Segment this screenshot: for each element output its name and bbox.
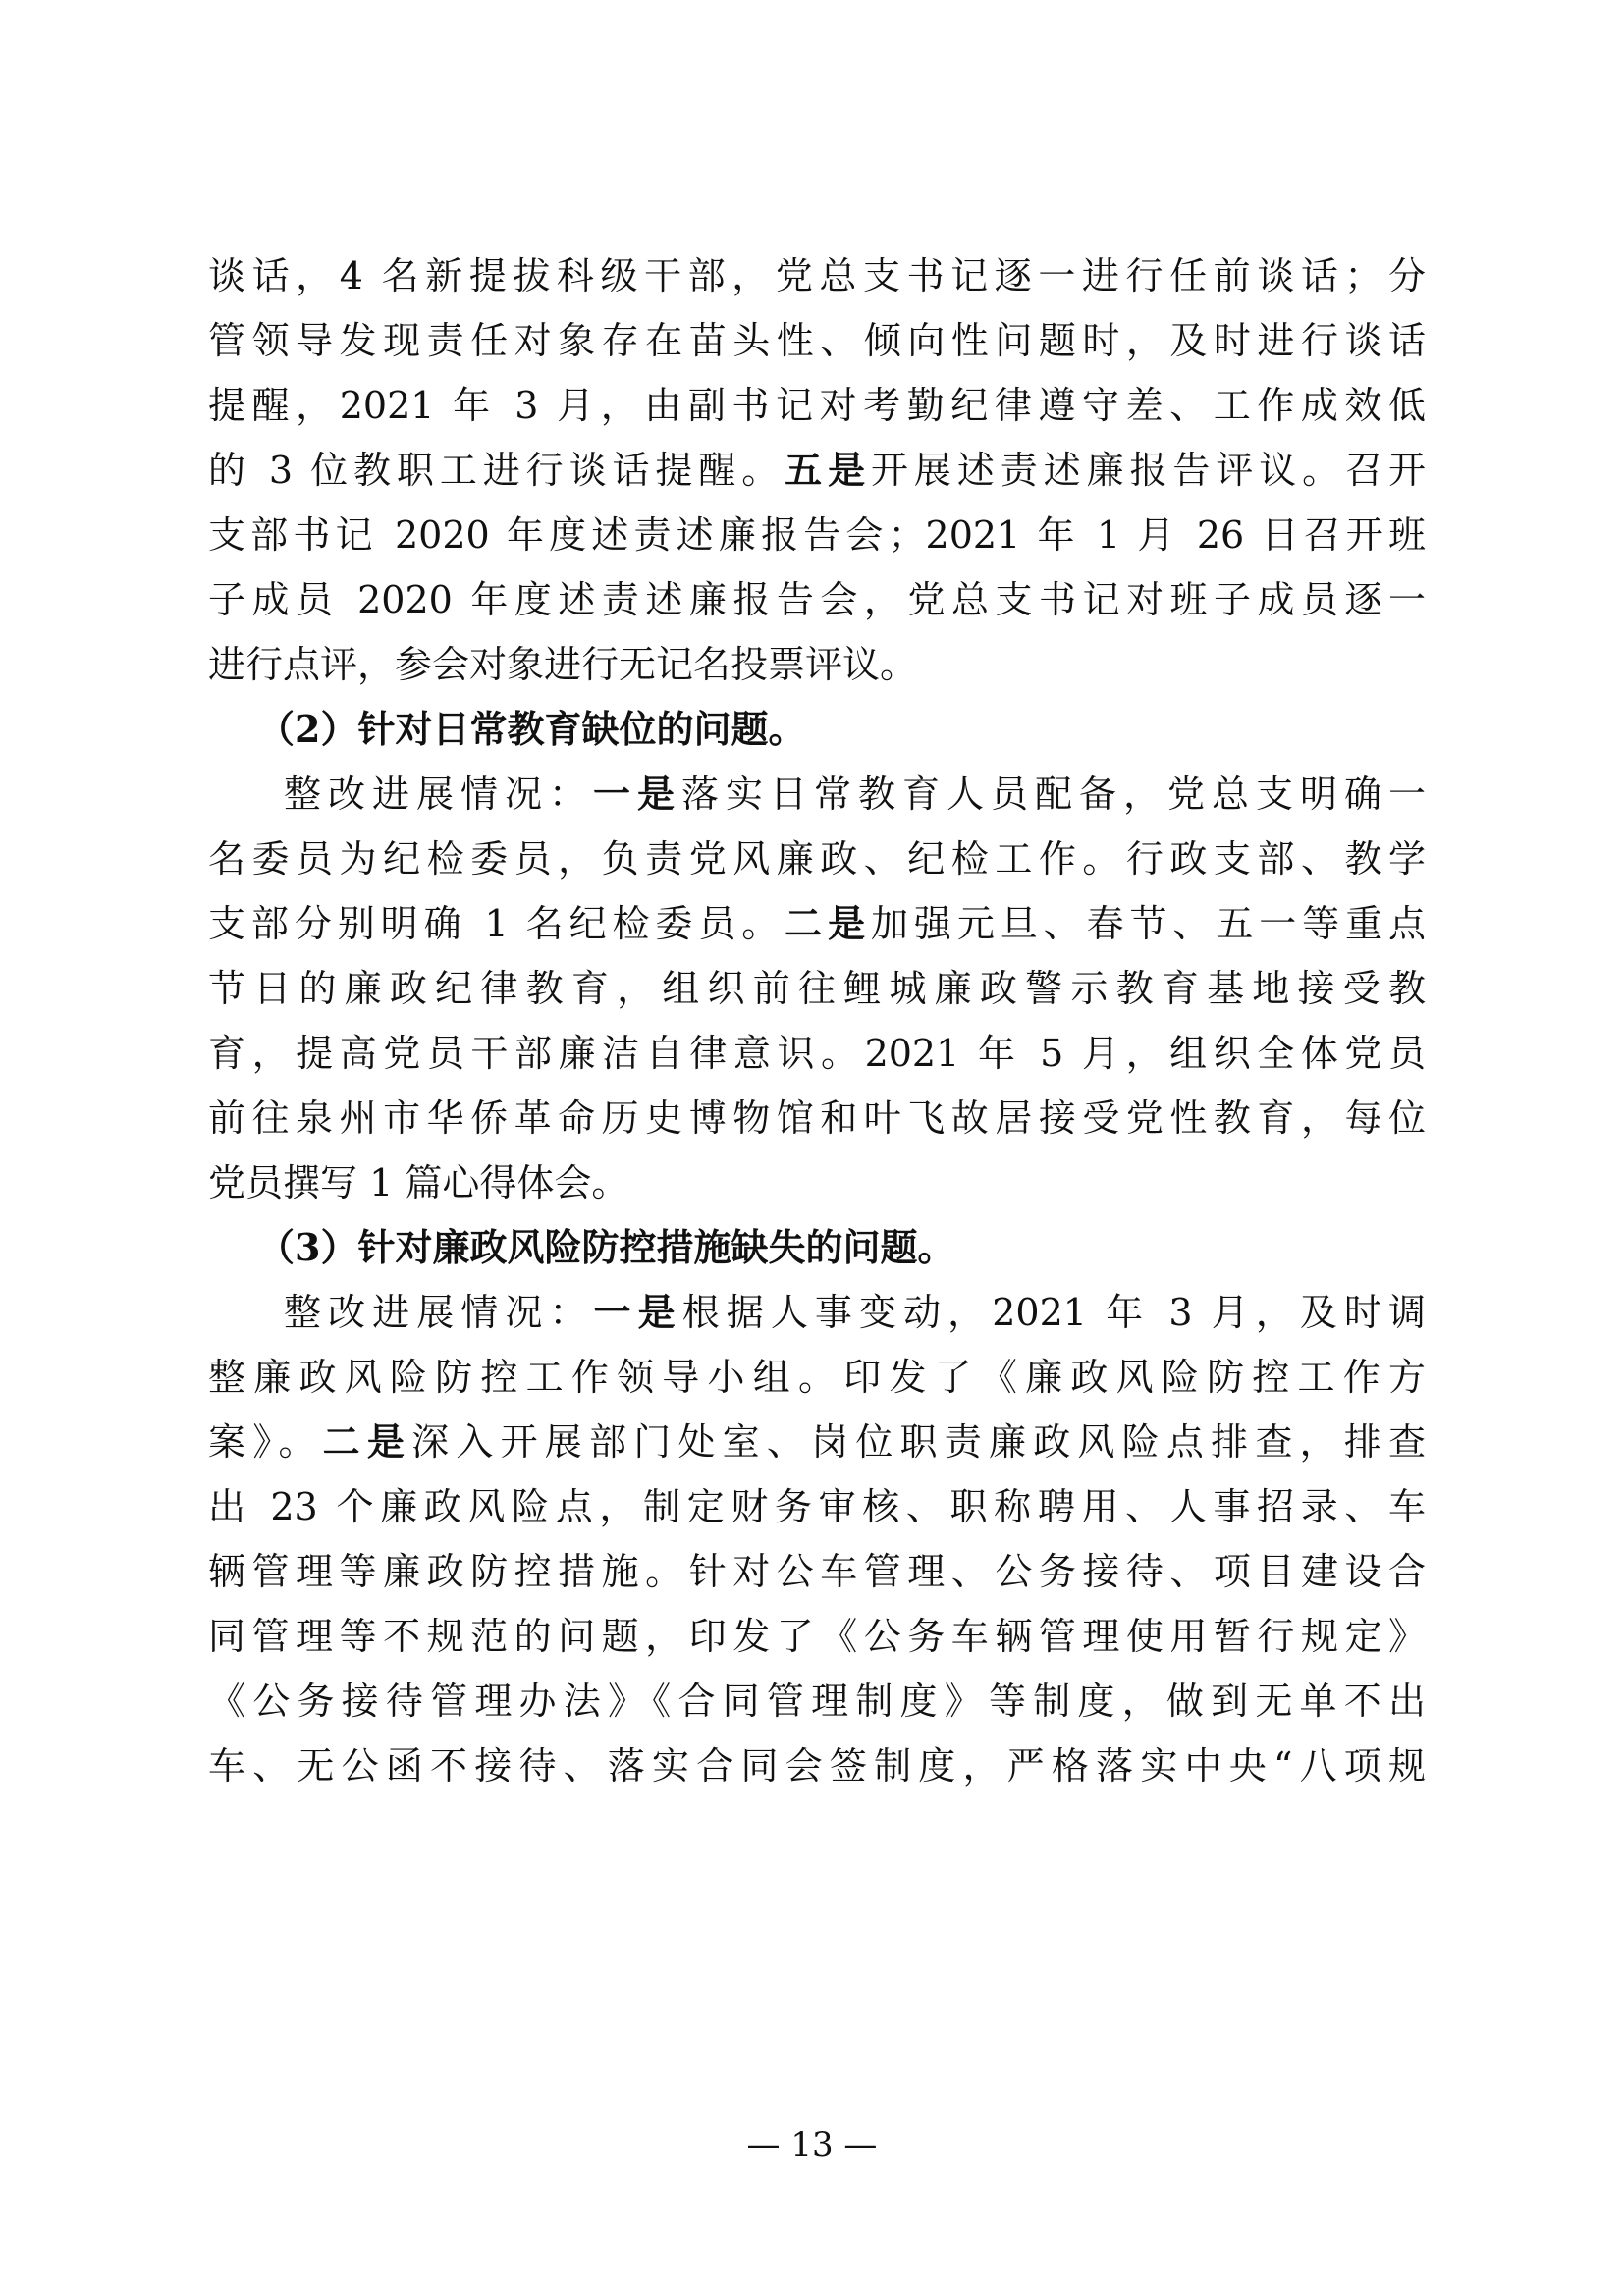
text-segment: （2）针对日常教育缺位的问题。 (257, 707, 805, 751)
text-line: 支部书记 2020 年度述责述廉报告会；2021 年 1 月 26 日召开班 (208, 503, 1426, 567)
text-line: 育，提高党员干部廉洁自律意识。2021 年 5 月，组织全体党员 (208, 1021, 1426, 1086)
text-segment: 落实日常教育人员配备，党总支明确一 (681, 773, 1426, 816)
emphasis-text: 一是 (594, 1290, 682, 1334)
text-segment: 节日的廉政纪律教育，组织前往鲤城廉政警示教育基地接受教 (208, 967, 1426, 1010)
text-line: 提醒，2021 年 3 月，由副书记对考勤纪律遵守差、工作成效低 (208, 373, 1426, 438)
text-line: 支部分别明确 1 名纪检委员。二是加强元旦、春节、五一等重点 (208, 891, 1426, 956)
text-segment: 名委员为纪检委员，负责党风廉政、纪检工作。行政支部、教学 (208, 837, 1426, 881)
text-segment: 整改进展情况： (284, 1291, 594, 1334)
text-line: 同管理等不规范的问题，印发了《公务车辆管理使用暂行规定》 (208, 1604, 1426, 1669)
text-segment: 子成员 2020 年度述责述廉报告会，党总支书记对班子成员逐一 (208, 578, 1426, 621)
text-segment: 辆管理等廉政防控措施。针对公车管理、公务接待、项目建设合 (208, 1550, 1426, 1593)
text-line: 管领导发现责任对象存在苗头性、倾向性问题时，及时进行谈话 (208, 308, 1426, 373)
text-segment: 整改进展情况： (284, 773, 593, 816)
text-segment: 前往泉州市华侨革命历史博物馆和叶飞故居接受党性教育，每位 (208, 1096, 1426, 1140)
section-heading: （2）针对日常教育缺位的问题。 (208, 697, 1426, 762)
text-segment: 党员撰写 1 篇心得体会。 (208, 1161, 628, 1204)
text-line: 车、无公函不接待、落实合同会签制度，严格落实中央“八项规 (208, 1734, 1426, 1798)
text-segment: 整廉政风险防控工作领导小组。印发了《廉政风险防控工作方 (208, 1356, 1426, 1399)
text-segment: 根据人事变动，2021 年 3 月，及时调 (682, 1291, 1426, 1334)
text-line: 整改进展情况：一是落实日常教育人员配备，党总支明确一 (208, 762, 1426, 827)
text-segment: 深入开展部门处室、岗位职责廉政风险点排查，排查 (411, 1420, 1426, 1464)
text-line: 案》。二是深入开展部门处室、岗位职责廉政风险点排查，排查 (208, 1410, 1426, 1474)
emphasis-text: 二是 (323, 1419, 411, 1464)
text-segment: 的 3 位教职工进行谈话提醒。 (208, 449, 785, 492)
text-segment: 出 23 个廉政风险点，制定财务审核、职称聘用、人事招录、车 (208, 1485, 1426, 1528)
text-segment: 提醒，2021 年 3 月，由副书记对考勤纪律遵守差、工作成效低 (208, 384, 1426, 427)
text-segment: 同管理等不规范的问题，印发了《公务车辆管理使用暂行规定》 (208, 1615, 1426, 1658)
text-segment: 支部书记 2020 年度述责述廉报告会；2021 年 1 月 26 日召开班 (208, 513, 1426, 557)
body-text: 谈话，4 名新提拔科级干部，党总支书记逐一进行任前谈话；分管领导发现责任对象存在… (208, 243, 1426, 1798)
text-line: 节日的廉政纪律教育，组织前往鲤城廉政警示教育基地接受教 (208, 956, 1426, 1021)
emphasis-text: 二是 (785, 901, 871, 945)
text-line: 整改进展情况：一是根据人事变动，2021 年 3 月，及时调 (208, 1280, 1426, 1345)
text-line: 前往泉州市华侨革命历史博物馆和叶飞故居接受党性教育，每位 (208, 1086, 1426, 1150)
text-segment: 《公务接待管理办法》《合同管理制度》等制度，做到无单不出 (208, 1680, 1426, 1723)
text-line: 的 3 位教职工进行谈话提醒。五是开展述责述廉报告评议。召开 (208, 438, 1426, 503)
text-segment: 管领导发现责任对象存在苗头性、倾向性问题时，及时进行谈话 (208, 319, 1426, 362)
text-segment: （3）针对廉政风险防控措施缺失的问题。 (257, 1225, 954, 1269)
text-line: 谈话，4 名新提拔科级干部，党总支书记逐一进行任前谈话；分 (208, 243, 1426, 308)
text-segment: 支部分别明确 1 名纪检委员。 (208, 902, 785, 945)
text-line: 辆管理等廉政防控措施。针对公车管理、公务接待、项目建设合 (208, 1539, 1426, 1604)
text-line: 出 23 个廉政风险点，制定财务审核、职称聘用、人事招录、车 (208, 1474, 1426, 1539)
emphasis-text: 一是 (593, 772, 681, 816)
text-segment: 进行点评，参会对象进行无记名投票评议。 (208, 643, 917, 686)
page-number: — 13 — (0, 2125, 1624, 2164)
text-line: 党员撰写 1 篇心得体会。 (208, 1150, 1426, 1215)
text-segment: 开展述责述廉报告评议。召开 (871, 449, 1426, 492)
text-segment: 育，提高党员干部廉洁自律意识。2021 年 5 月，组织全体党员 (208, 1032, 1426, 1075)
text-line: 《公务接待管理办法》《合同管理制度》等制度，做到无单不出 (208, 1669, 1426, 1734)
text-line: 进行点评，参会对象进行无记名投票评议。 (208, 632, 1426, 697)
emphasis-text: 五是 (785, 448, 871, 492)
text-segment: 谈话，4 名新提拔科级干部，党总支书记逐一进行任前谈话；分 (208, 254, 1426, 297)
text-line: 整廉政风险防控工作领导小组。印发了《廉政风险防控工作方 (208, 1345, 1426, 1410)
document-page: 谈话，4 名新提拔科级干部，党总支书记逐一进行任前谈话；分管领导发现责任对象存在… (0, 0, 1624, 2296)
text-segment: 加强元旦、春节、五一等重点 (871, 902, 1426, 945)
text-line: 子成员 2020 年度述责述廉报告会，党总支书记对班子成员逐一 (208, 567, 1426, 632)
section-heading: （3）针对廉政风险防控措施缺失的问题。 (208, 1215, 1426, 1280)
text-line: 名委员为纪检委员，负责党风廉政、纪检工作。行政支部、教学 (208, 827, 1426, 891)
text-segment: 案》。 (208, 1420, 323, 1464)
text-segment: 车、无公函不接待、落实合同会签制度，严格落实中央“八项规 (208, 1744, 1426, 1788)
